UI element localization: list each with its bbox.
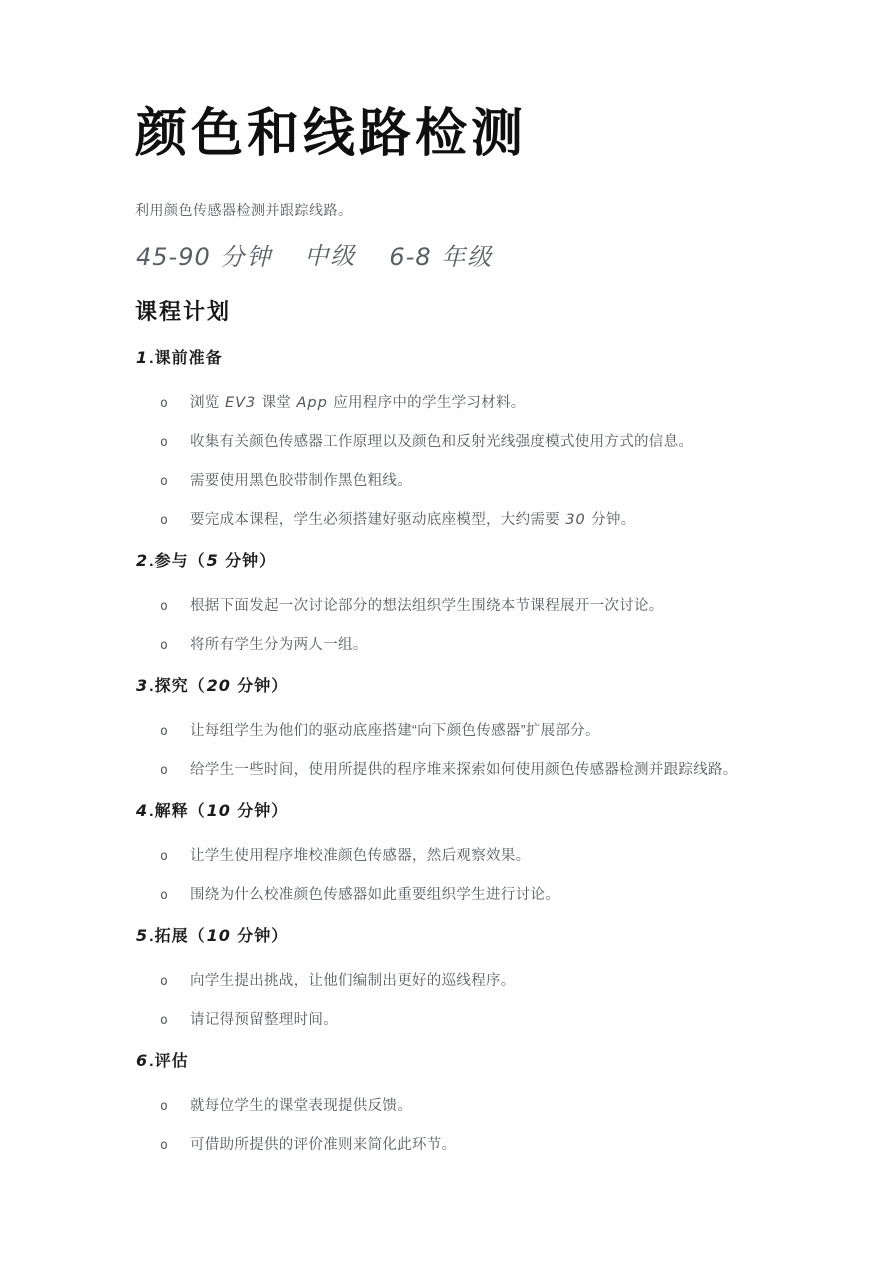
bullet-text: 根据下面发起一次讨论部分的想法组织学生围绕本节课程展开一次讨论。 xyxy=(190,598,664,615)
latin-run: 2 xyxy=(135,551,149,570)
bullet-text: 向学生提出挑战，让他们编制出更好的巡线程序。 xyxy=(190,973,516,990)
latin-run: 6 xyxy=(135,1051,149,1070)
list-item: o 给学生一些时间，使用所提供的程序堆来探索如何使用颜色传感器检测并跟踪线路。 xyxy=(135,762,822,779)
section-evaluate: 6.评估 o 就每位学生的课堂表现提供反馈。 o 可借助所提供的评价准则来简化此… xyxy=(135,1051,822,1154)
bullet-marker: o xyxy=(160,762,190,779)
bullet-marker: o xyxy=(160,1012,190,1029)
bullet-marker: o xyxy=(160,473,190,490)
meta-level: 中级 xyxy=(304,241,356,274)
list-item: o 需要使用黑色胶带制作黑色粗线。 xyxy=(135,473,822,490)
bullet-marker: o xyxy=(160,598,190,615)
latin-run: 4 xyxy=(135,801,149,820)
bullet-marker: o xyxy=(160,637,190,654)
bullet-text: 可借助所提供的评价准则来简化此环节。 xyxy=(190,1137,456,1154)
latin-run: 10 xyxy=(206,926,232,945)
bullet-text: 要完成本课程，学生必须搭建好驱动底座模型，大约需要 30 分钟。 xyxy=(190,512,636,529)
list-item: o 向学生提出挑战，让他们编制出更好的巡线程序。 xyxy=(135,973,822,990)
bullet-text: 浏览 EV3 课堂 App 应用程序中的学生学习材料。 xyxy=(190,395,526,412)
meta-duration: 45-90 分钟 xyxy=(135,241,272,274)
lesson-meta: 45-90 分钟 中级 6-8 年级 xyxy=(135,241,822,274)
bullet-text: 围绕为什么校准颜色传感器如此重要组织学生进行讨论。 xyxy=(190,887,560,904)
bullet-marker: o xyxy=(160,848,190,865)
list-item: o 浏览 EV3 课堂 App 应用程序中的学生学习材料。 xyxy=(135,395,822,412)
bullet-text: 请记得预留整理时间。 xyxy=(190,1012,338,1029)
document-subtitle: 利用颜色传感器检测并跟踪线路。 xyxy=(135,202,822,219)
bullet-marker: o xyxy=(160,723,190,740)
latin-run: 5 xyxy=(135,926,149,945)
list-item: o 让每组学生为他们的驱动底座搭建“向下颜色传感器”扩展部分。 xyxy=(135,723,822,740)
list-item: o 将所有学生分为两人一组。 xyxy=(135,637,822,654)
bullet-text: 将所有学生分为两人一组。 xyxy=(190,637,368,654)
latin-run: EV3 xyxy=(224,395,257,411)
latin-run: 10 xyxy=(206,801,232,820)
list-item: o 请记得预留整理时间。 xyxy=(135,1012,822,1029)
bullet-marker: o xyxy=(160,887,190,904)
section-heading: 5.拓展（10 分钟） xyxy=(135,926,822,947)
section-preparation: 1.课前准备 o 浏览 EV3 课堂 App 应用程序中的学生学习材料。 o 收… xyxy=(135,348,822,529)
bullet-text: 收集有关颜色传感器工作原理以及颜色和反射光线强度模式使用方式的信息。 xyxy=(190,434,693,451)
section-elaborate: 5.拓展（10 分钟） o 向学生提出挑战，让他们编制出更好的巡线程序。 o 请… xyxy=(135,926,822,1029)
list-item: o 根据下面发起一次讨论部分的想法组织学生围绕本节课程展开一次讨论。 xyxy=(135,598,822,615)
lesson-plan-heading: 课程计划 xyxy=(135,298,822,326)
latin-run: App xyxy=(296,395,329,411)
bullet-marker: o xyxy=(160,395,190,412)
section-heading: 4.解释（10 分钟） xyxy=(135,801,822,822)
list-item: o 要完成本课程，学生必须搭建好驱动底座模型，大约需要 30 分钟。 xyxy=(135,512,822,529)
section-explain: 4.解释（10 分钟） o 让学生使用程序堆校准颜色传感器，然后观察效果。 o … xyxy=(135,801,822,904)
bullet-text: 给学生一些时间，使用所提供的程序堆来探索如何使用颜色传感器检测并跟踪线路。 xyxy=(190,762,738,779)
list-item: o 就每位学生的课堂表现提供反馈。 xyxy=(135,1098,822,1115)
section-heading: 1.课前准备 xyxy=(135,348,822,369)
list-item: o 可借助所提供的评价准则来简化此环节。 xyxy=(135,1137,822,1154)
section-heading: 6.评估 xyxy=(135,1051,822,1072)
document-page: 颜色和线路检测 利用颜色传感器检测并跟踪线路。 45-90 分钟 中级 6-8 … xyxy=(0,0,892,1262)
bullet-text: 需要使用黑色胶带制作黑色粗线。 xyxy=(190,473,412,490)
latin-run: 3 xyxy=(135,676,149,695)
latin-run: 45-90 xyxy=(135,243,212,271)
list-item: o 让学生使用程序堆校准颜色传感器，然后观察效果。 xyxy=(135,848,822,865)
bullet-marker: o xyxy=(160,434,190,451)
section-explore: 3.探究（20 分钟） o 让每组学生为他们的驱动底座搭建“向下颜色传感器”扩展… xyxy=(135,676,822,779)
meta-grade: 6-8 年级 xyxy=(388,241,493,274)
bullet-marker: o xyxy=(160,1137,190,1154)
latin-run: 30 xyxy=(564,512,586,528)
section-engage: 2.参与（5 分钟） o 根据下面发起一次讨论部分的想法组织学生围绕本节课程展开… xyxy=(135,551,822,654)
list-item: o 围绕为什么校准颜色传感器如此重要组织学生进行讨论。 xyxy=(135,887,822,904)
bullet-marker: o xyxy=(160,1098,190,1115)
latin-run: 6-8 xyxy=(388,243,432,271)
bullet-marker: o xyxy=(160,512,190,529)
bullet-text: 让每组学生为他们的驱动底座搭建“向下颜色传感器”扩展部分。 xyxy=(190,723,600,740)
list-item: o 收集有关颜色传感器工作原理以及颜色和反射光线强度模式使用方式的信息。 xyxy=(135,434,822,451)
bullet-text: 让学生使用程序堆校准颜色传感器，然后观察效果。 xyxy=(190,848,530,865)
page-title: 颜色和线路检测 xyxy=(135,104,822,164)
latin-run: 20 xyxy=(206,676,232,695)
bullet-text: 就每位学生的课堂表现提供反馈。 xyxy=(190,1098,412,1115)
section-heading: 3.探究（20 分钟） xyxy=(135,676,822,697)
bullet-marker: o xyxy=(160,973,190,990)
latin-run: 1 xyxy=(135,348,149,367)
latin-run: 5 xyxy=(206,551,220,570)
section-heading: 2.参与（5 分钟） xyxy=(135,551,822,572)
